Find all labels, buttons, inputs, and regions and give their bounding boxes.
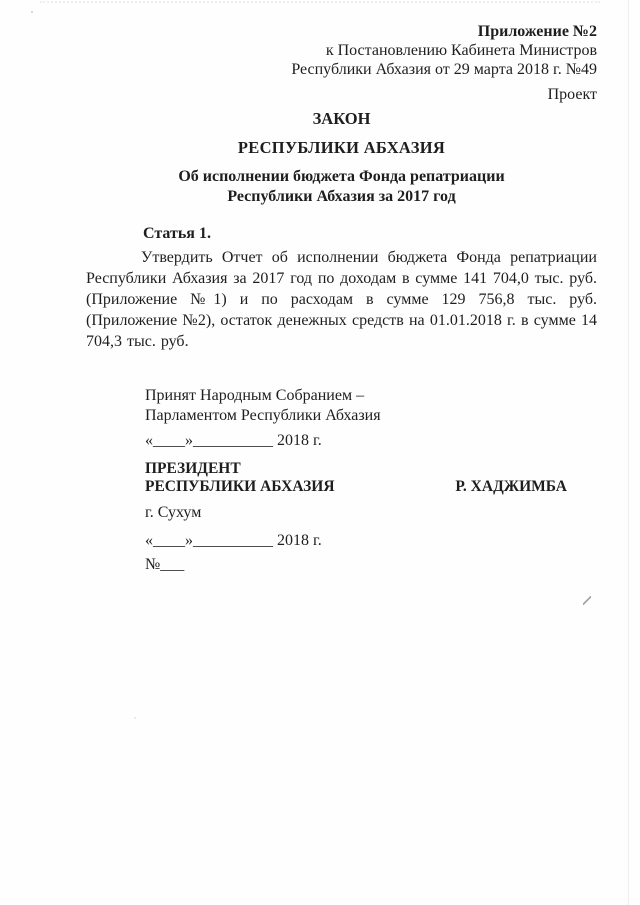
annex-reference-block: Приложение №2 к Постановлению Кабинета М…: [86, 22, 597, 79]
president-title-line1: ПРЕЗИДЕНТ: [145, 460, 597, 478]
paper-edge-line: [628, 0, 629, 905]
adoption-date-blank: «____»__________ 2018 г.: [145, 431, 597, 451]
law-subject: Об исполнении бюджета Фонда репатриации …: [86, 167, 597, 207]
scan-smudge: [583, 596, 591, 605]
draft-label: Проект: [86, 85, 597, 104]
adoption-block: Принят Народным Собранием – Парламентом …: [145, 386, 597, 426]
law-subject-line2: Республики Абхазия за 2017 год: [86, 187, 597, 207]
resolution-reference-line1: к Постановлению Кабинета Министров: [86, 41, 597, 60]
law-heading: ЗАКОН: [86, 109, 597, 129]
document-number-blank: №___: [145, 555, 597, 575]
article-heading: Статья 1.: [143, 223, 597, 244]
scan-speck: [134, 717, 136, 719]
city-label: г. Сухум: [145, 503, 597, 523]
law-subject-line1: Об исполнении бюджета Фонда репатриации: [86, 167, 597, 187]
signature-block: ПРЕЗИДЕНТ РЕСПУБЛИКИ АБХАЗИЯ Р. ХАДЖИМБА: [86, 460, 597, 496]
president-title-line2: РЕСПУБЛИКИ АБХАЗИЯ: [145, 478, 335, 496]
president-row: РЕСПУБЛИКИ АБХАЗИЯ Р. ХАДЖИМБА: [86, 478, 597, 496]
scan-speck: [31, 11, 33, 13]
article-body: Утвердить Отчет об исполнении бюджета Фо…: [86, 247, 597, 352]
document-page: Приложение №2 к Постановлению Кабинета М…: [0, 0, 640, 905]
republic-heading: РЕСПУБЛИКИ АБХАЗИЯ: [86, 138, 597, 158]
document-content: Приложение №2 к Постановлению Кабинета М…: [86, 0, 597, 575]
signature-date-blank: «____»__________ 2018 г.: [145, 531, 597, 551]
resolution-reference-line2: Республики Абхазия от 29 марта 2018 г. №…: [86, 60, 597, 79]
president-name: Р. ХАДЖИМБА: [455, 478, 567, 496]
adoption-line1: Принят Народным Собранием –: [145, 386, 597, 406]
adoption-line2: Парламентом Республики Абхазия: [145, 406, 597, 426]
annex-label: Приложение №2: [86, 22, 597, 41]
